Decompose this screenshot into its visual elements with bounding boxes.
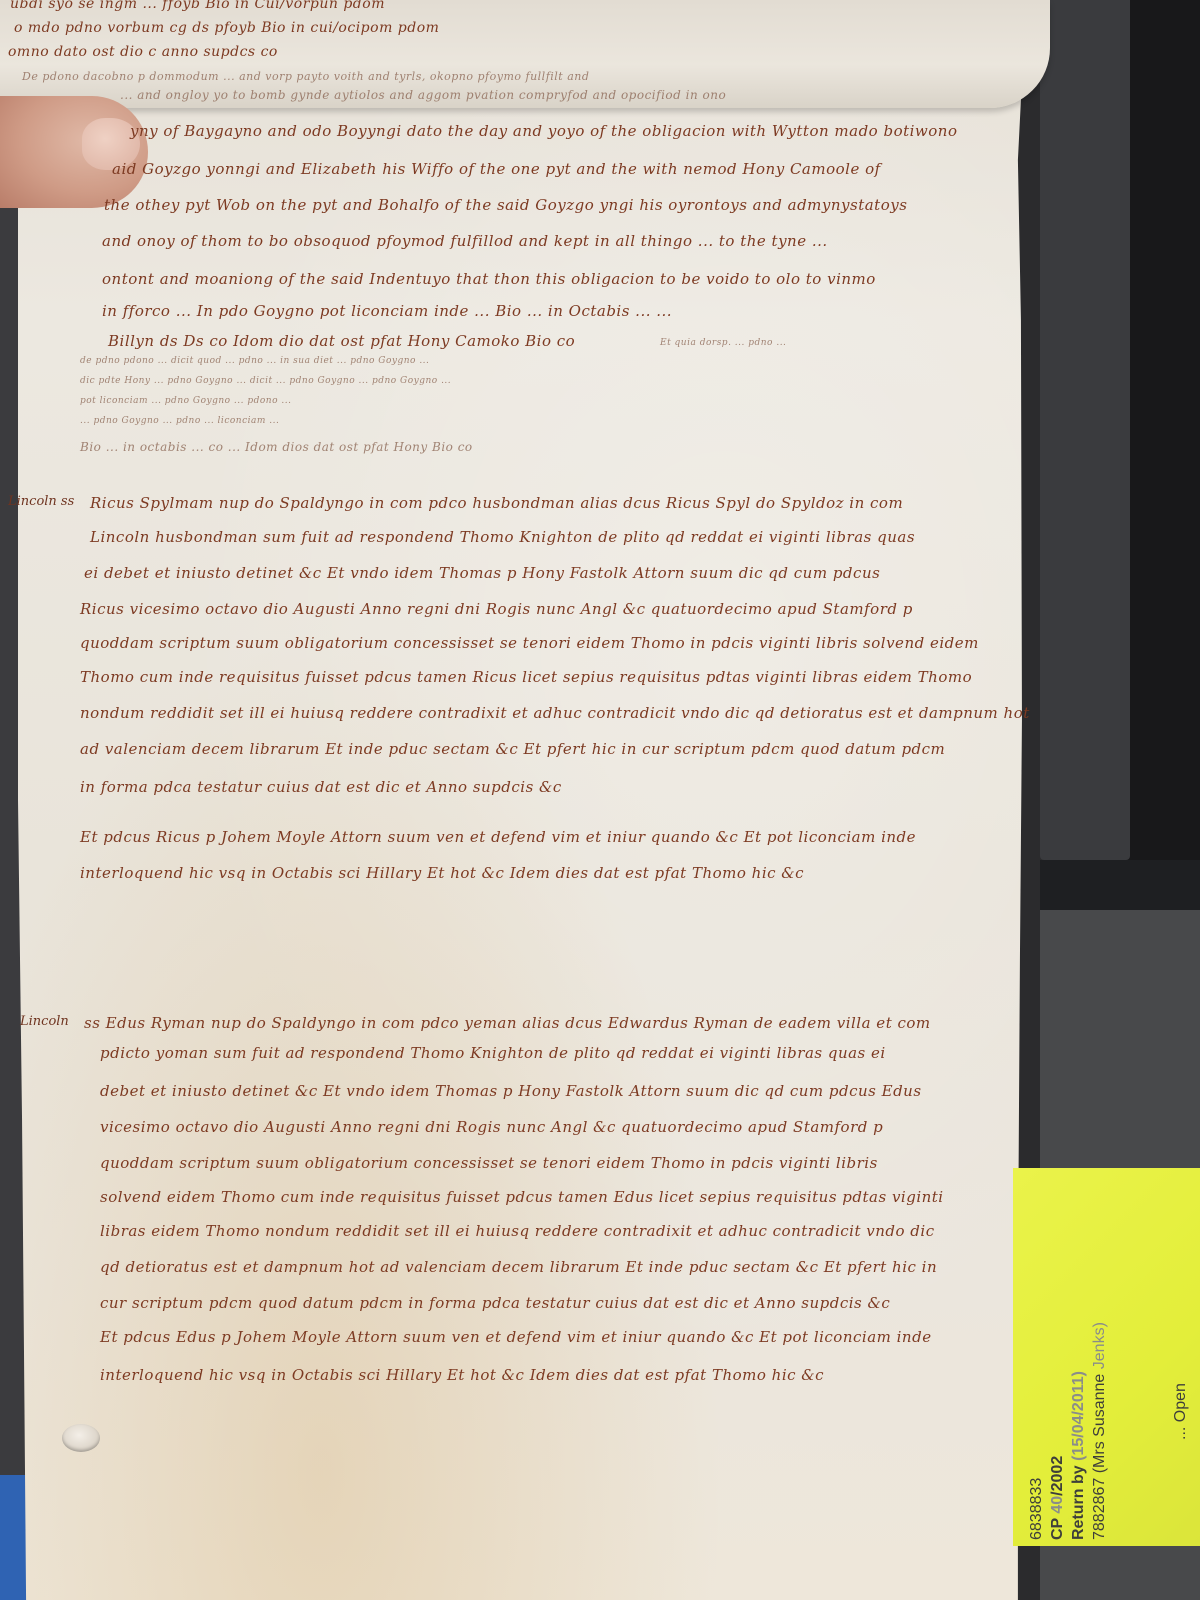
- slip-text-block: 6838833 CP 40/2002 Return by (15/04/2011…: [1028, 1322, 1112, 1540]
- return-date: (15/04/2011): [1070, 1371, 1087, 1461]
- reference-piece: /2002: [1049, 1456, 1066, 1496]
- backing-board: [1040, 0, 1130, 860]
- interlined-note: de pdno pdono ... dicit quod ... pdno ..…: [80, 356, 429, 366]
- manuscript-line: yny of Baygayno and odo Boyyngi dato the…: [130, 122, 958, 140]
- manuscript-line: ei debet et iniusto detinet &c Et vndo i…: [84, 564, 880, 582]
- parchment-hole: [62, 1424, 100, 1452]
- manuscript-line: vicesimo octavo dio Augusti Anno regni d…: [100, 1118, 883, 1136]
- manuscript-line: aid Goyzgo yonngi and Elizabeth his Wiff…: [112, 160, 881, 178]
- return-label: Return by: [1070, 1461, 1087, 1540]
- manuscript-line: Ricus vicesimo octavo dio Augusti Anno r…: [80, 600, 913, 618]
- reader-surname: Jenks): [1091, 1322, 1108, 1369]
- manuscript-line: qd detioratus est et dampnum hot ad vale…: [100, 1258, 937, 1276]
- reference-series: 40: [1049, 1496, 1066, 1514]
- manuscript-line: Thomo cum inde requisitus fuisset pdcus …: [80, 668, 972, 686]
- roll-line: omno dato ost dio c anno supdcs co: [8, 44, 278, 60]
- interlined-note: pot liconciam ... pdno Goygno ... pdono …: [80, 396, 291, 406]
- interlined-note: dic pdte Hony ... pdno Goygno ... dicit …: [80, 376, 451, 386]
- county-margin-label: Lincoln ss: [8, 494, 74, 509]
- manuscript-line: Et pdcus Edus p Johem Moyle Attorn suum …: [100, 1328, 932, 1346]
- reader-number: 7882867 (Mrs Susanne: [1091, 1369, 1108, 1540]
- document-id: 6838833: [1028, 1322, 1049, 1540]
- manuscript-line: Et pdcus Ricus p Johem Moyle Attorn suum…: [80, 828, 916, 846]
- interlined-note: Et quia dorsp. ... pdno ...: [660, 338, 786, 348]
- manuscript-line: ad valenciam decem librarum Et inde pduc…: [80, 740, 945, 758]
- reference-prefix: CP: [1049, 1514, 1066, 1540]
- manuscript-line: interloquend hic vsq in Octabis sci Hill…: [80, 864, 804, 882]
- manuscript-line: Lincoln husbondman sum fuit ad responden…: [90, 528, 915, 546]
- manuscript-line: Billyn ds Ds co Idom dio dat ost pfat Ho…: [108, 332, 575, 350]
- manuscript-line: ontont and moaniong of the said Indentuy…: [102, 270, 876, 288]
- slip-partial-text: ... Open: [1172, 1383, 1190, 1440]
- manuscript-line: and onoy of thom to bo obsoquod pfoymod …: [102, 232, 828, 250]
- manuscript-line: Ricus Spylmam nup do Spaldyngo in com pd…: [90, 494, 903, 512]
- manuscript-line: quoddam scriptum suum obligatorium conce…: [100, 1154, 878, 1172]
- county-margin-label: Lincoln: [20, 1014, 69, 1029]
- manuscript-line: nondum reddidit set ill ei huiusq redder…: [80, 704, 1030, 722]
- roll-line: ... and ongloy yo to bomb gynde aytiolos…: [120, 88, 726, 102]
- manuscript-line: interloquend hic vsq in Octabis sci Hill…: [100, 1366, 824, 1384]
- manuscript-line: solvend eidem Thomo cum inde requisitus …: [100, 1188, 944, 1206]
- manuscript-line: libras eidem Thomo nondum reddidit set i…: [100, 1222, 935, 1240]
- interlined-note: Bio ... in octabis ... co ... Idom dios …: [80, 440, 473, 454]
- background-right-dark: [1120, 0, 1200, 880]
- roll-line: ubdi syo se ingm ... ffoyb Bio in Cui/vo…: [10, 0, 385, 12]
- manuscript-line: ss Edus Ryman nup do Spaldyngo in com pd…: [84, 1014, 931, 1032]
- manuscript-line: debet et iniusto detinet &c Et vndo idem…: [100, 1082, 922, 1100]
- roll-line: De pdono dacobno p dommodum ... and vorp…: [22, 70, 589, 83]
- rolled-top-edge[interactable]: ubdi syo se ingm ... ffoyb Bio in Cui/vo…: [0, 0, 1050, 108]
- manuscript-line: in fforco ... In pdo Goygno pot liconcia…: [102, 302, 672, 320]
- manuscript-line: quoddam scriptum suum obligatorium conce…: [80, 634, 979, 652]
- reader-info: 7882867 (Mrs Susanne Jenks): [1091, 1322, 1112, 1540]
- manuscript-line: the othey pyt Wob on the pyt and Bohalfo…: [104, 196, 907, 214]
- manuscript-line: in forma pdca testatur cuius dat est dic…: [80, 778, 562, 796]
- manuscript-line: cur scriptum pdcm quod datum pdcm in for…: [100, 1294, 890, 1312]
- interlined-note: ... pdno Goygno ... pdno ... liconciam .…: [80, 416, 279, 426]
- return-by: Return by (15/04/2011): [1070, 1322, 1091, 1540]
- roll-line: o mdo pdno vorbum cg ds pfoyb Bio in cui…: [14, 20, 439, 36]
- document-reference: CP 40/2002: [1049, 1322, 1070, 1540]
- manuscript-line: pdicto yoman sum fuit ad respondend Thom…: [100, 1044, 886, 1062]
